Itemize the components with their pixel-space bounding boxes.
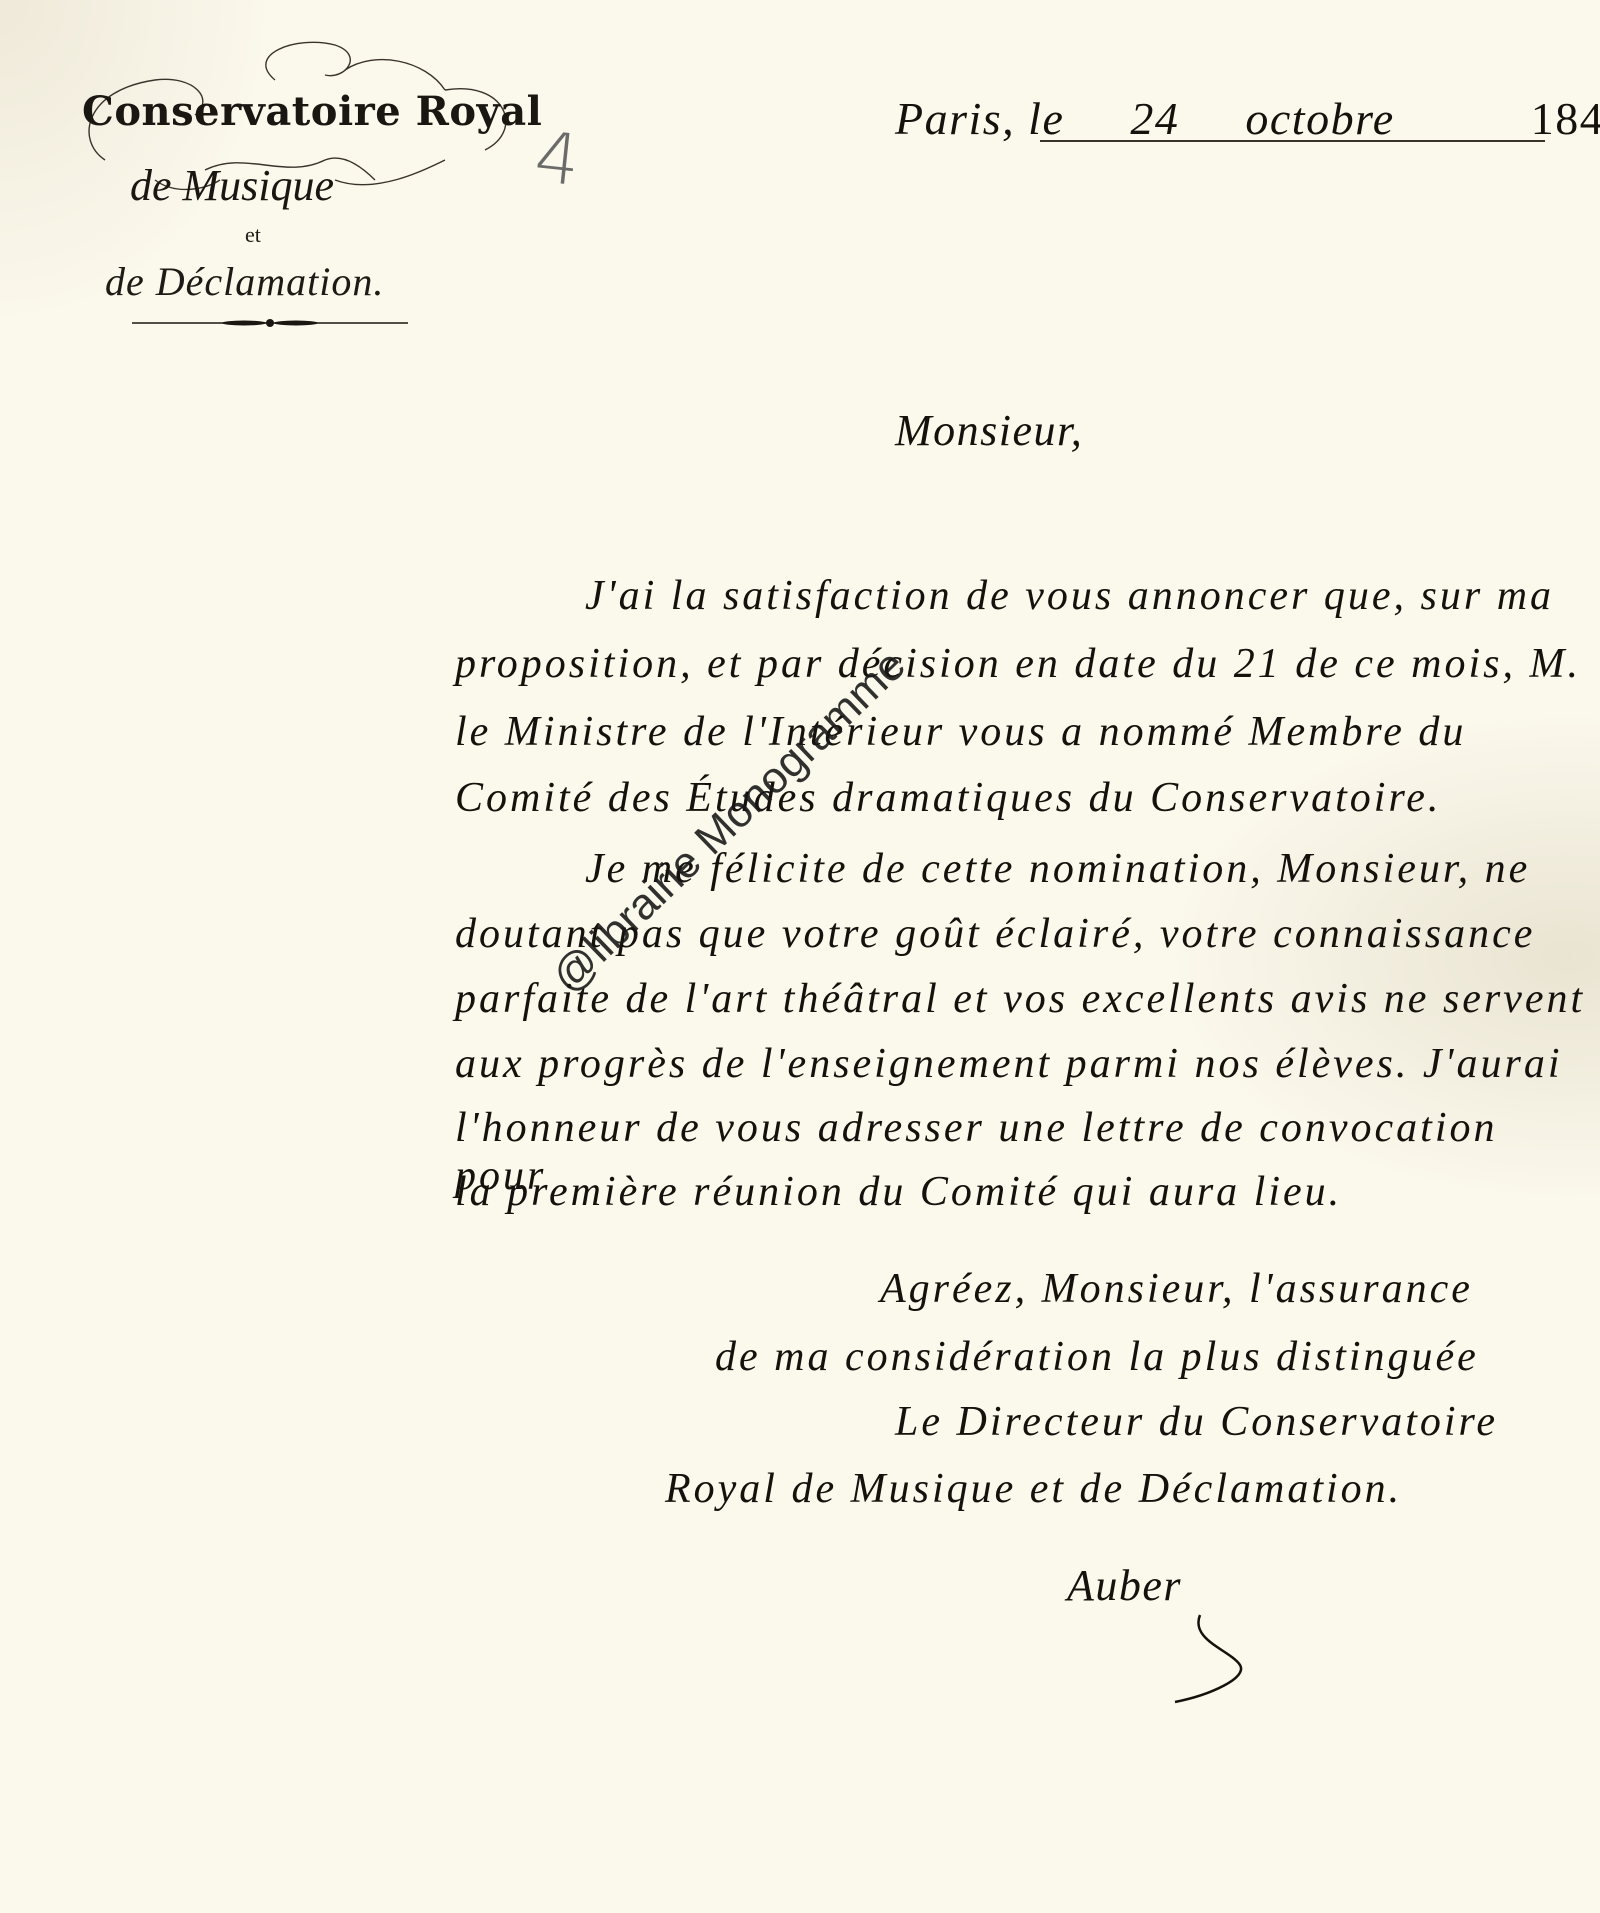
date-line: Paris, le 24 octobre 1843. (895, 92, 1600, 145)
letterhead-conjunction: et (245, 222, 261, 248)
closing-line: Agréez, Monsieur, l'assurance (880, 1265, 1473, 1313)
letterhead-title: Conservatoire Royal (82, 88, 542, 135)
body-line: la première réunion du Comité qui aura l… (455, 1168, 1342, 1216)
body-line: Comité des Études dramatiques du Conserv… (455, 774, 1441, 822)
letterhead-subtitle-declamation: de Déclamation. (105, 258, 384, 305)
closing-line: Le Directeur du Conservatoire (895, 1398, 1498, 1446)
signature: Auber (1067, 1560, 1182, 1611)
letterhead-divider-icon (132, 316, 408, 330)
closing-line: de ma considération la plus distinguée (715, 1333, 1479, 1381)
body-line: aux progrès de l'enseignement parmi nos … (455, 1040, 1563, 1088)
date-place: Paris, le (895, 93, 1064, 144)
date-underline (1040, 140, 1545, 142)
pencil-page-number: 4 (531, 116, 584, 202)
date-month: octobre (1245, 93, 1394, 144)
body-line: parfaite de l'art théâtral et vos excell… (455, 975, 1585, 1023)
closing-line: Royal de Musique et de Déclamation. (665, 1465, 1402, 1513)
body-line: le Ministre de l'Intérieur vous a nommé … (455, 708, 1466, 756)
body-line: J'ai la satisfaction de vous annoncer qu… (585, 572, 1554, 620)
salutation: Monsieur, (895, 405, 1083, 456)
signature-flourish-icon (1170, 1610, 1280, 1710)
date-year: 1843. (1531, 93, 1600, 144)
date-day: 24 (1130, 93, 1179, 144)
letterhead-subtitle-musique: de Musique (130, 160, 334, 211)
body-line: proposition, et par décision en date du … (455, 640, 1581, 688)
